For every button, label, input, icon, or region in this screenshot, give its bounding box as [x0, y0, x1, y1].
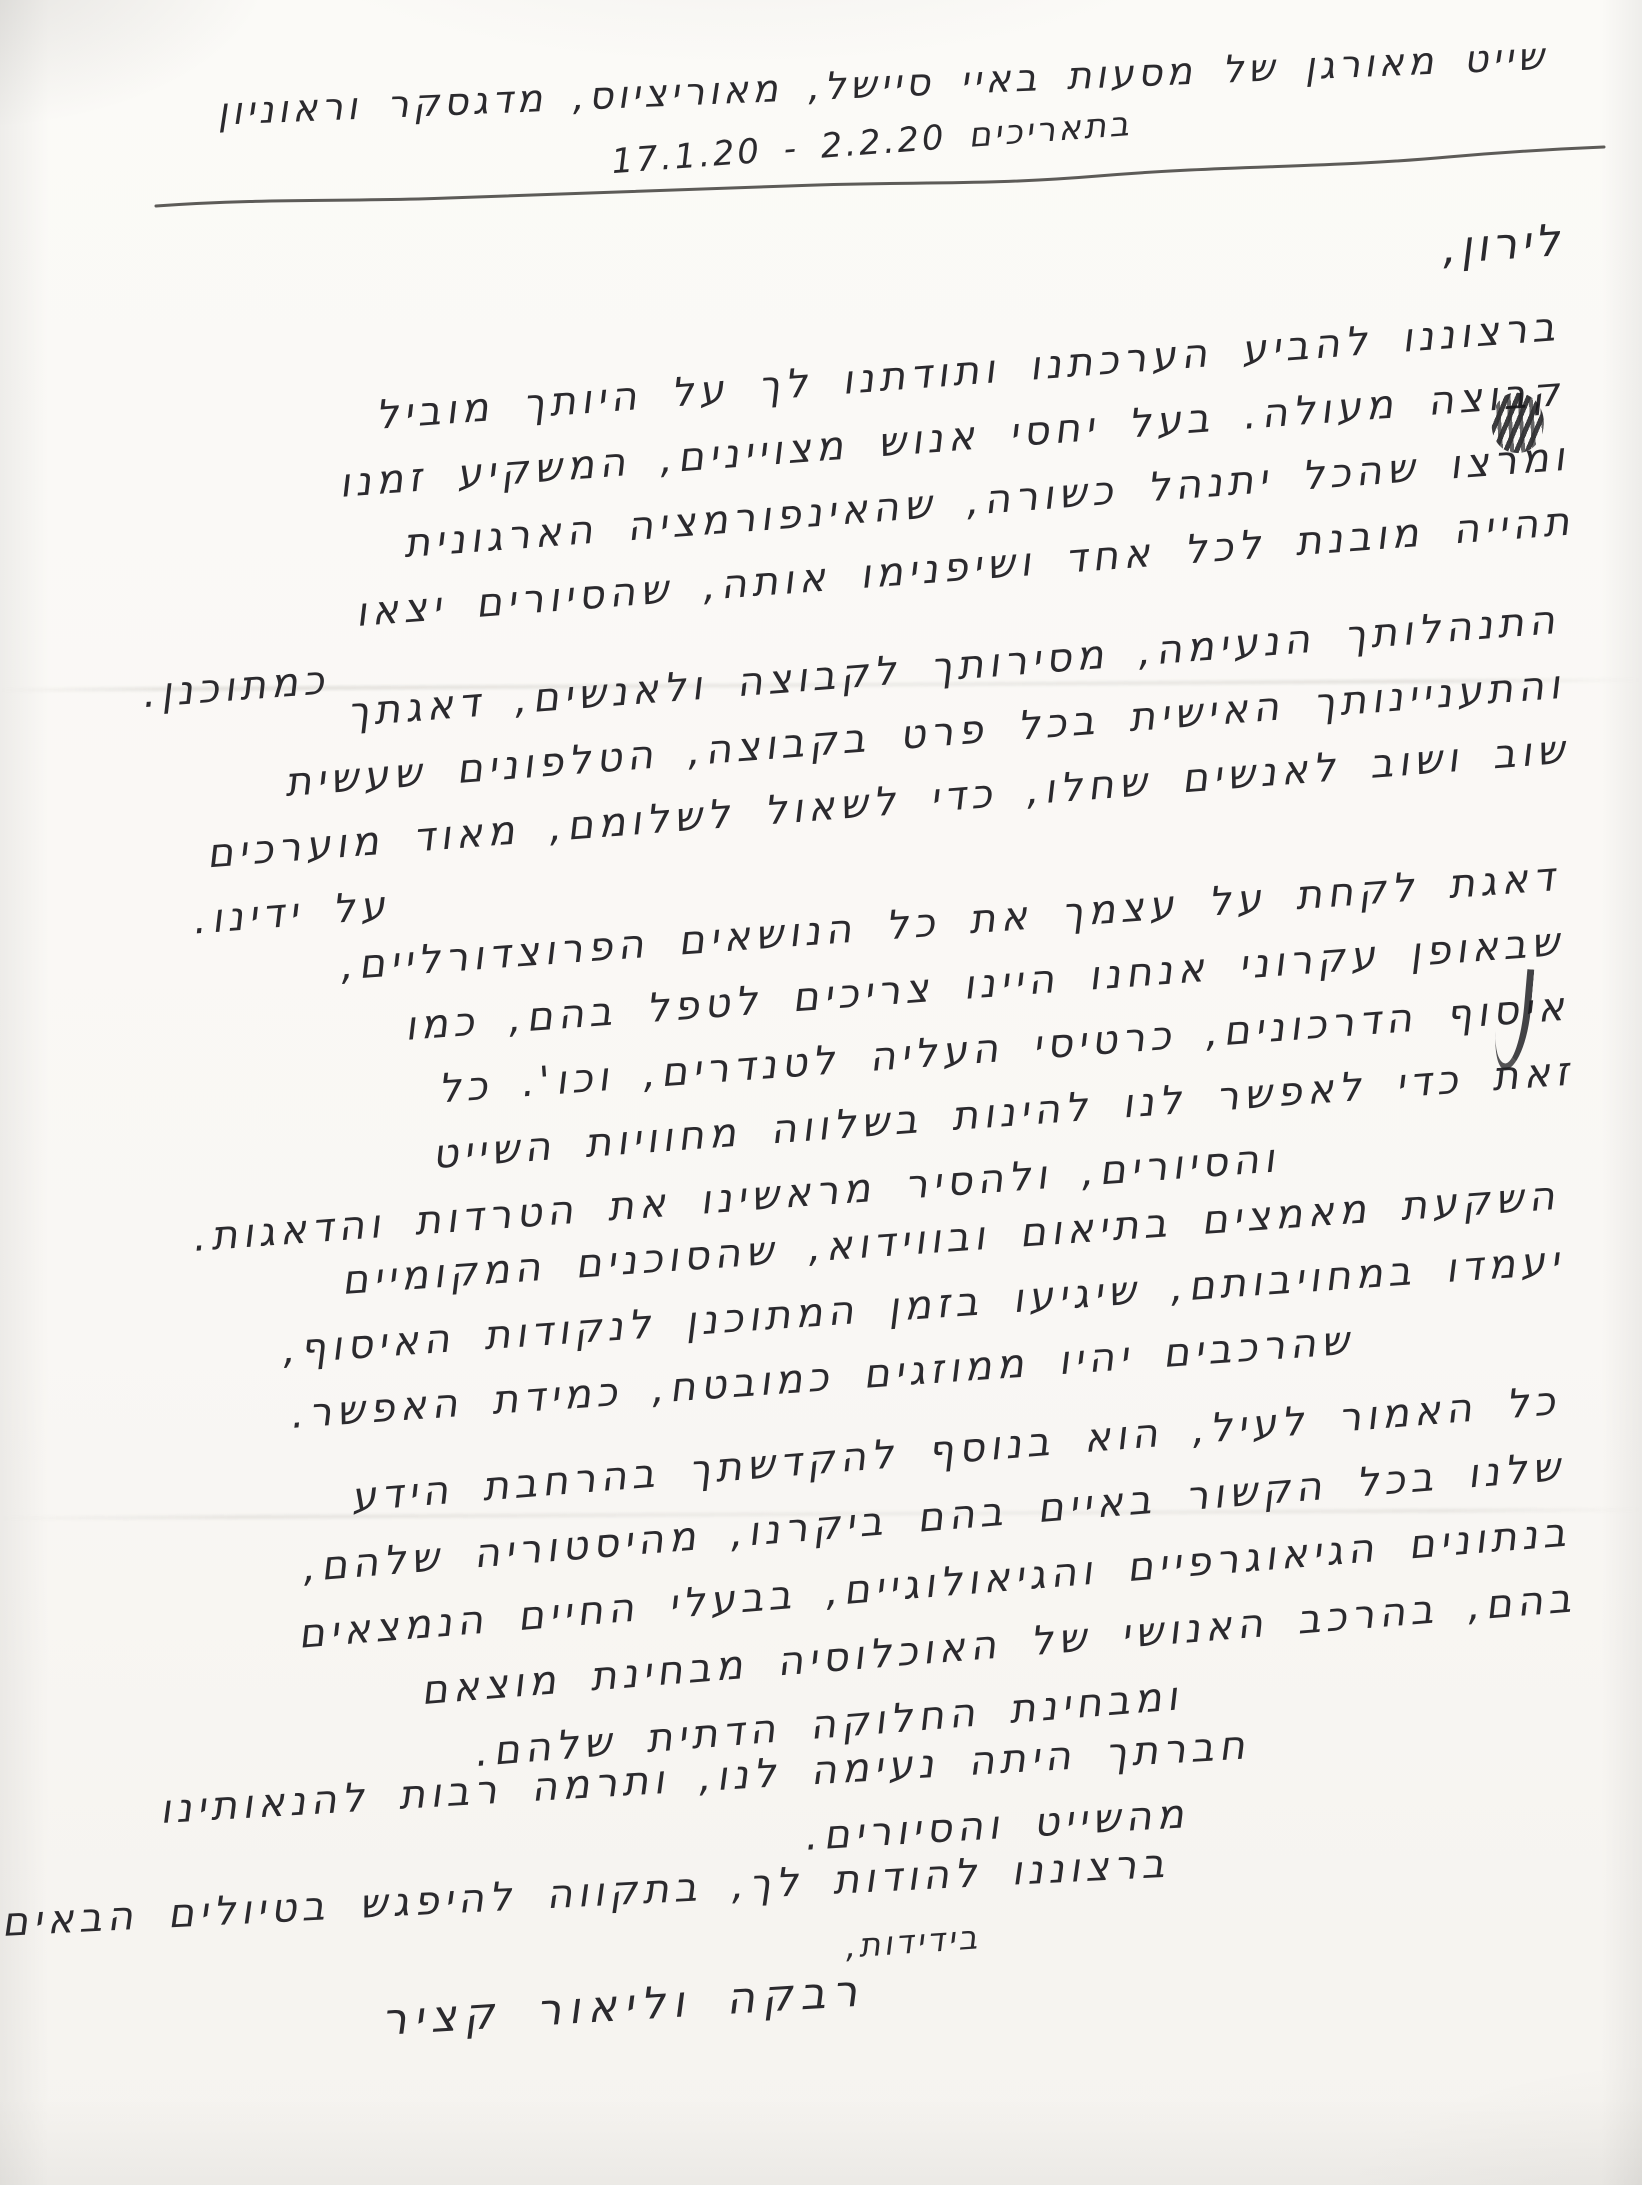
handwritten-underline-stroke [148, 142, 1613, 220]
greeting: לירון, [1441, 215, 1566, 274]
letter-title: שייט מאורגן של מסעות באיי סיישל, מאוריצי… [98, 34, 1549, 139]
letter-page: שייט מאורגן של מסעות באיי סיישל, מאוריצי… [0, 0, 1642, 2185]
signature: רבקה וליאור קציר [380, 1965, 865, 2045]
closing-salutation: בידידות, [844, 1917, 981, 1965]
